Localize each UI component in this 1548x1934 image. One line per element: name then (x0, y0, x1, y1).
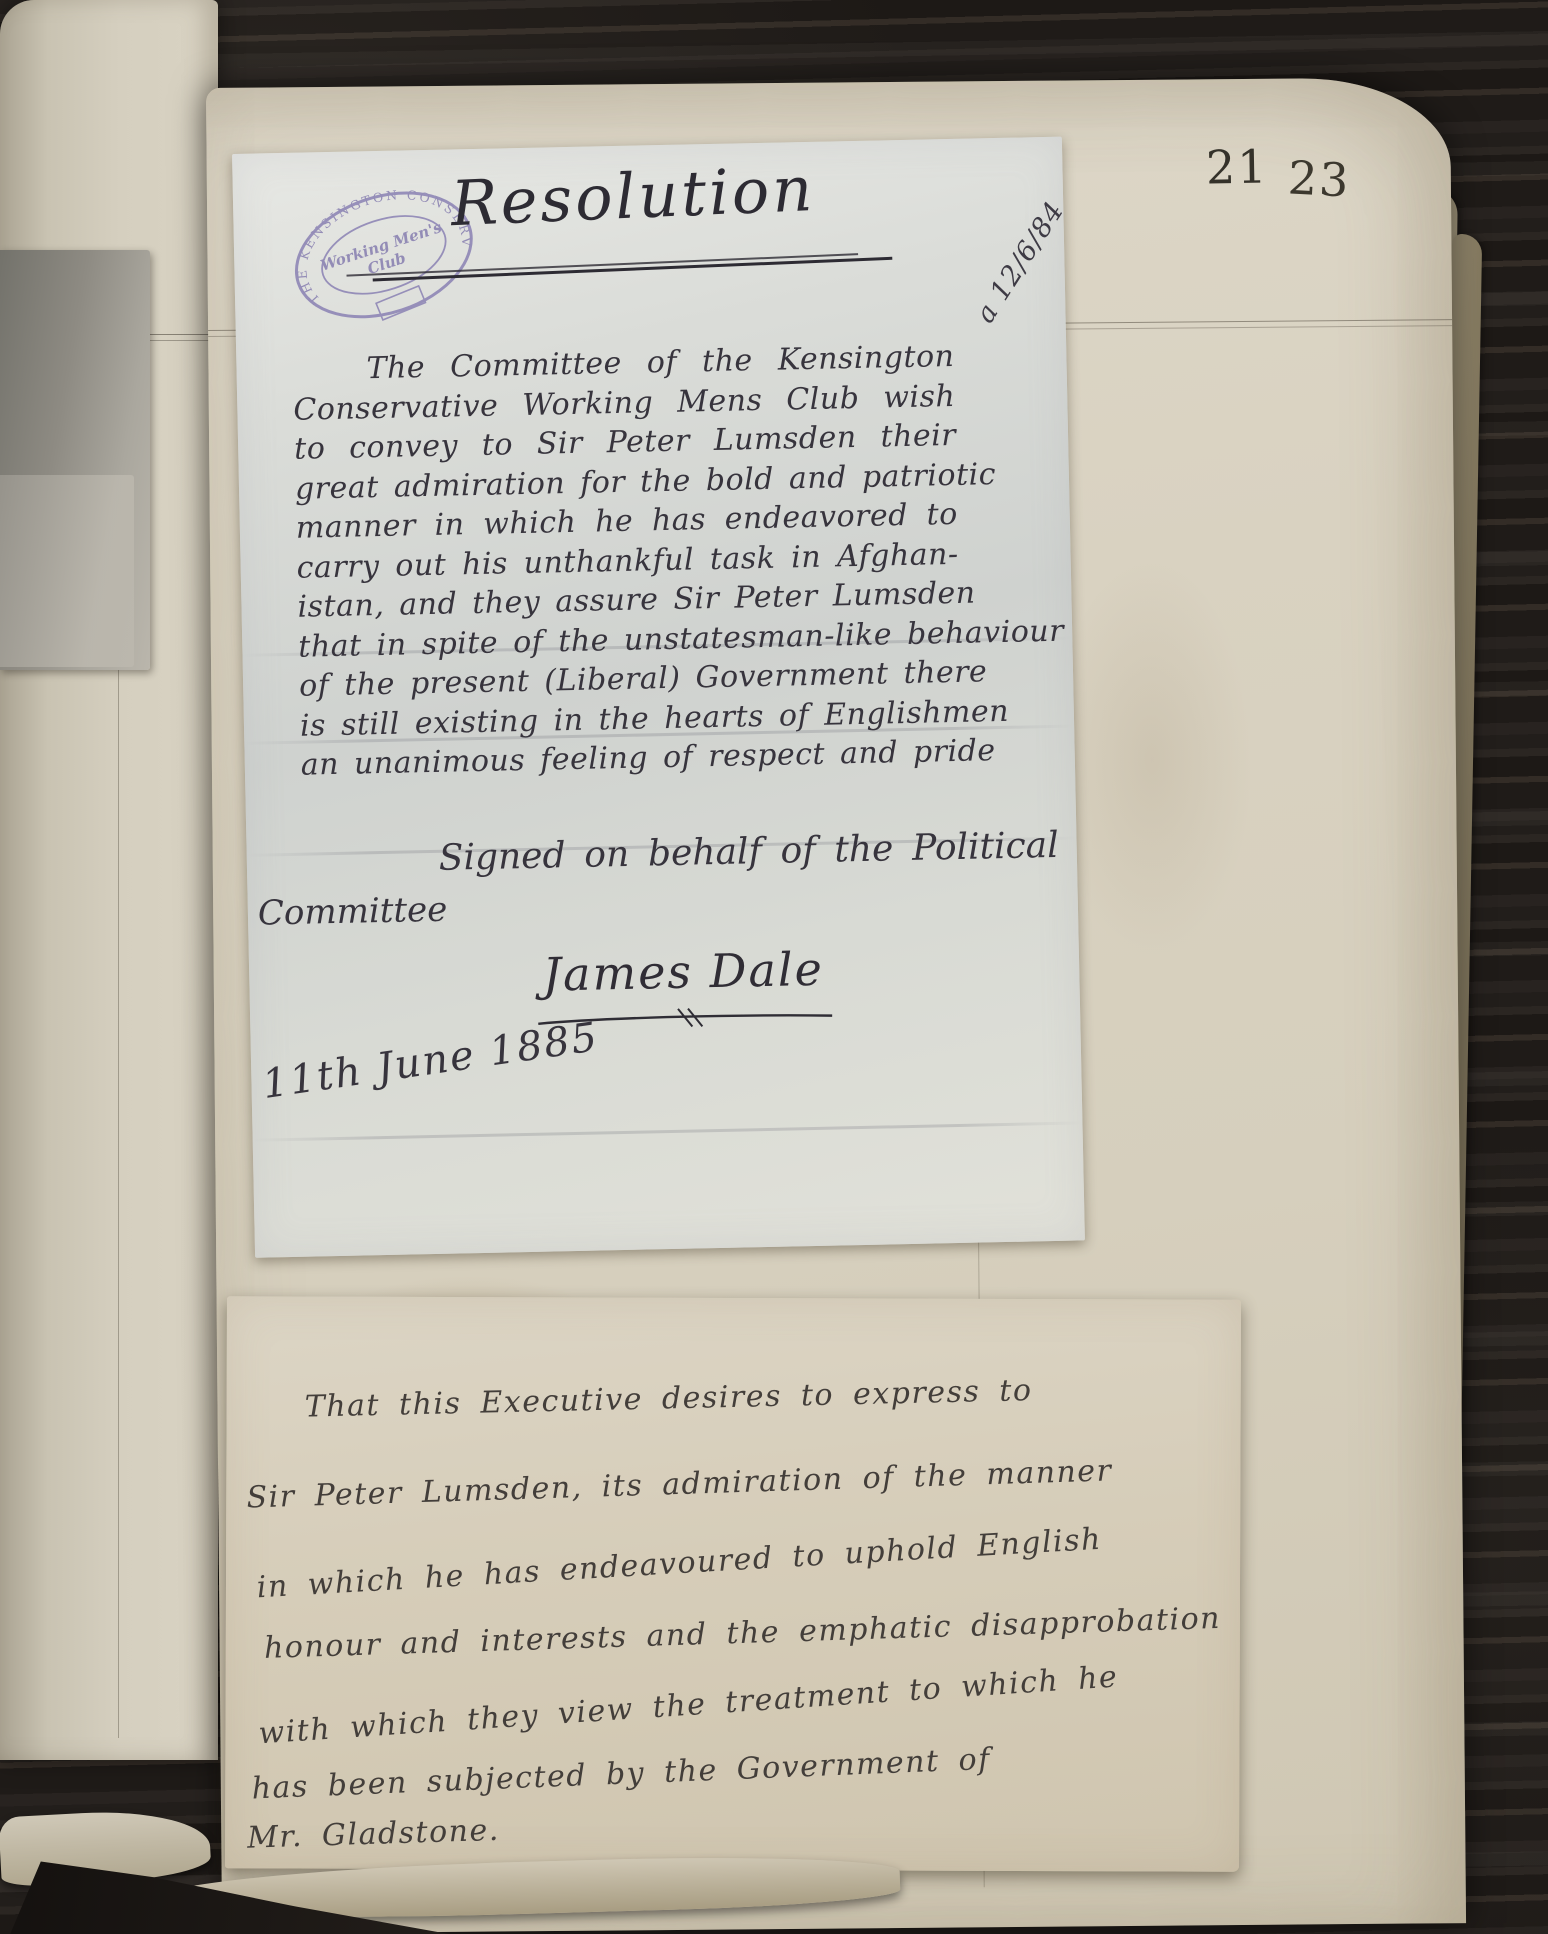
signature: James Dale (533, 942, 834, 1002)
note-line: with which they view the treatment to wh… (257, 1655, 1177, 1751)
stain (1050, 559, 1253, 961)
pasted-item-left-page-lower (0, 475, 134, 667)
signed-line: Signed on behalf of the Political (438, 825, 1059, 879)
page-number-left: 21 (1206, 139, 1269, 194)
paper-crease (253, 1121, 1083, 1141)
note-line: in which he has endeavoured to uphold En… (256, 1517, 1176, 1605)
resolution-paper: THE KENSINGTON CONSERVATIVE Working Men'… (232, 137, 1085, 1258)
note-line: That this Executive desires to express t… (304, 1370, 1155, 1424)
second-note-paper: That this Executive desires to express t… (225, 1296, 1241, 1872)
resolution-body: The Committee of the Kensington Conserva… (292, 339, 963, 787)
note-line: has been subjected by the Government of (251, 1736, 1132, 1806)
page-number-right: 23 (1287, 150, 1352, 207)
signed-line: Committee (257, 890, 447, 934)
note-line: honour and interests and the emphatic di… (264, 1601, 1215, 1666)
note-line: Mr. Gladstone. (247, 1813, 501, 1856)
note-line: Sir Peter Lumsden, its admiration of the… (246, 1451, 1177, 1515)
resolution-date: 11th June 1885 (259, 1014, 601, 1108)
photo-of-scrapbook: 21 23 THE KENSINGTON CONSERVATIVE Workin… (0, 0, 1548, 1934)
